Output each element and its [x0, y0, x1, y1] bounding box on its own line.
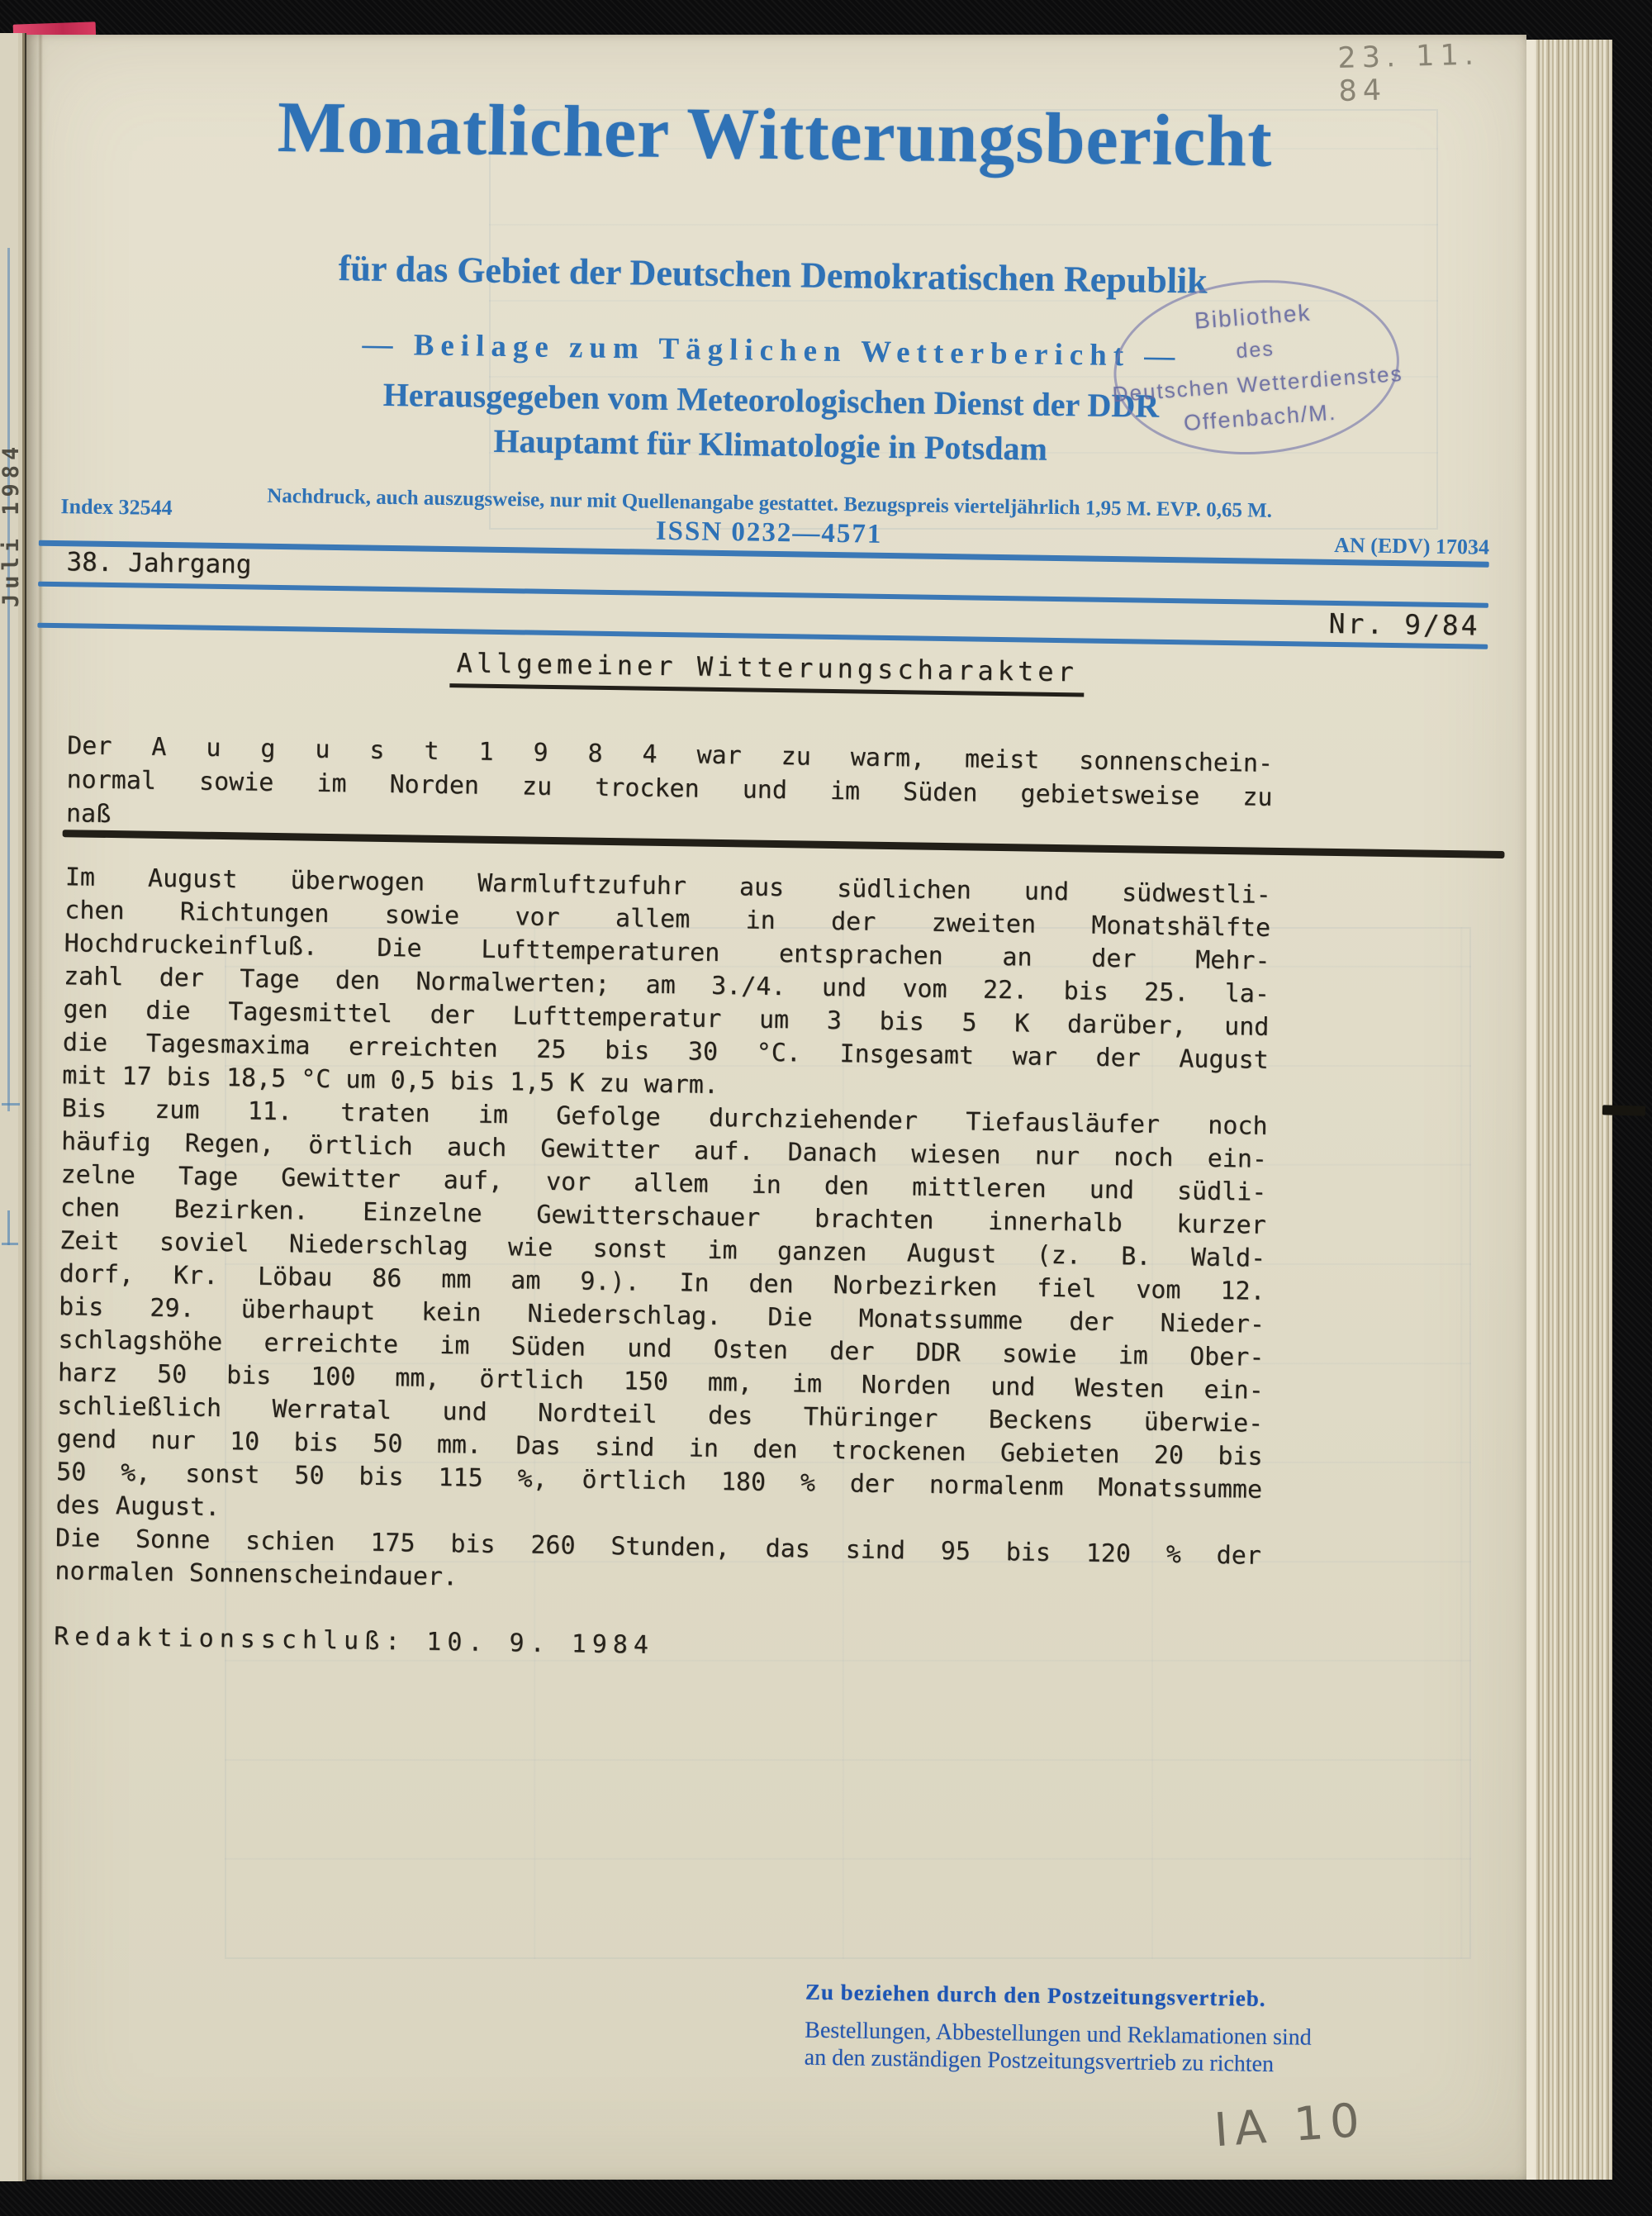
stamp-line: Bibliothek — [1194, 296, 1313, 338]
body-text: Im August überwogen Warmluftzufuhr aus s… — [55, 861, 1271, 1606]
distribution-line-1: Zu beziehen durch den Postzeitungsvertri… — [805, 1980, 1334, 2013]
volume-label: 38. Jahrgang — [66, 547, 251, 579]
pencil-code-annotation: IA 10 — [1213, 2094, 1368, 2158]
page-stack-fore-edge — [1526, 40, 1612, 2180]
lead-paragraph: Der A u g u s t 1 9 8 4 war zu warm, mei… — [66, 729, 1274, 849]
editorial-deadline: Redaktionsschluß: 10. 9. 1984 — [54, 1622, 654, 1660]
scanned-document: { "masthead": { "title": "Monatlicher Wi… — [0, 0, 1652, 2216]
issue-label: Nr. 9/84 — [1328, 607, 1480, 642]
document-page: Monatlicher Witterungsbericht für das Ge… — [26, 35, 1526, 2180]
header-rule — [38, 582, 1488, 608]
page-title: Monatlicher Witterungsbericht — [25, 82, 1526, 188]
pencil-date-annotation: 23. 11. 84 — [1337, 37, 1527, 108]
edge-ink-mark — [1602, 1105, 1645, 1115]
printed-content: Monatlicher Witterungsbericht für das Ge… — [0, 34, 1526, 2201]
an-edv-number: AN (EDV) 17034 — [1334, 533, 1489, 560]
distribution-note: Zu beziehen durch den Postzeitungsvertri… — [805, 1980, 1335, 2079]
section-heading-row: Allgemeiner Witterungscharakter — [17, 640, 1517, 703]
stamp-line: des — [1235, 332, 1275, 369]
section-heading: Allgemeiner Witterungscharakter — [449, 647, 1085, 697]
